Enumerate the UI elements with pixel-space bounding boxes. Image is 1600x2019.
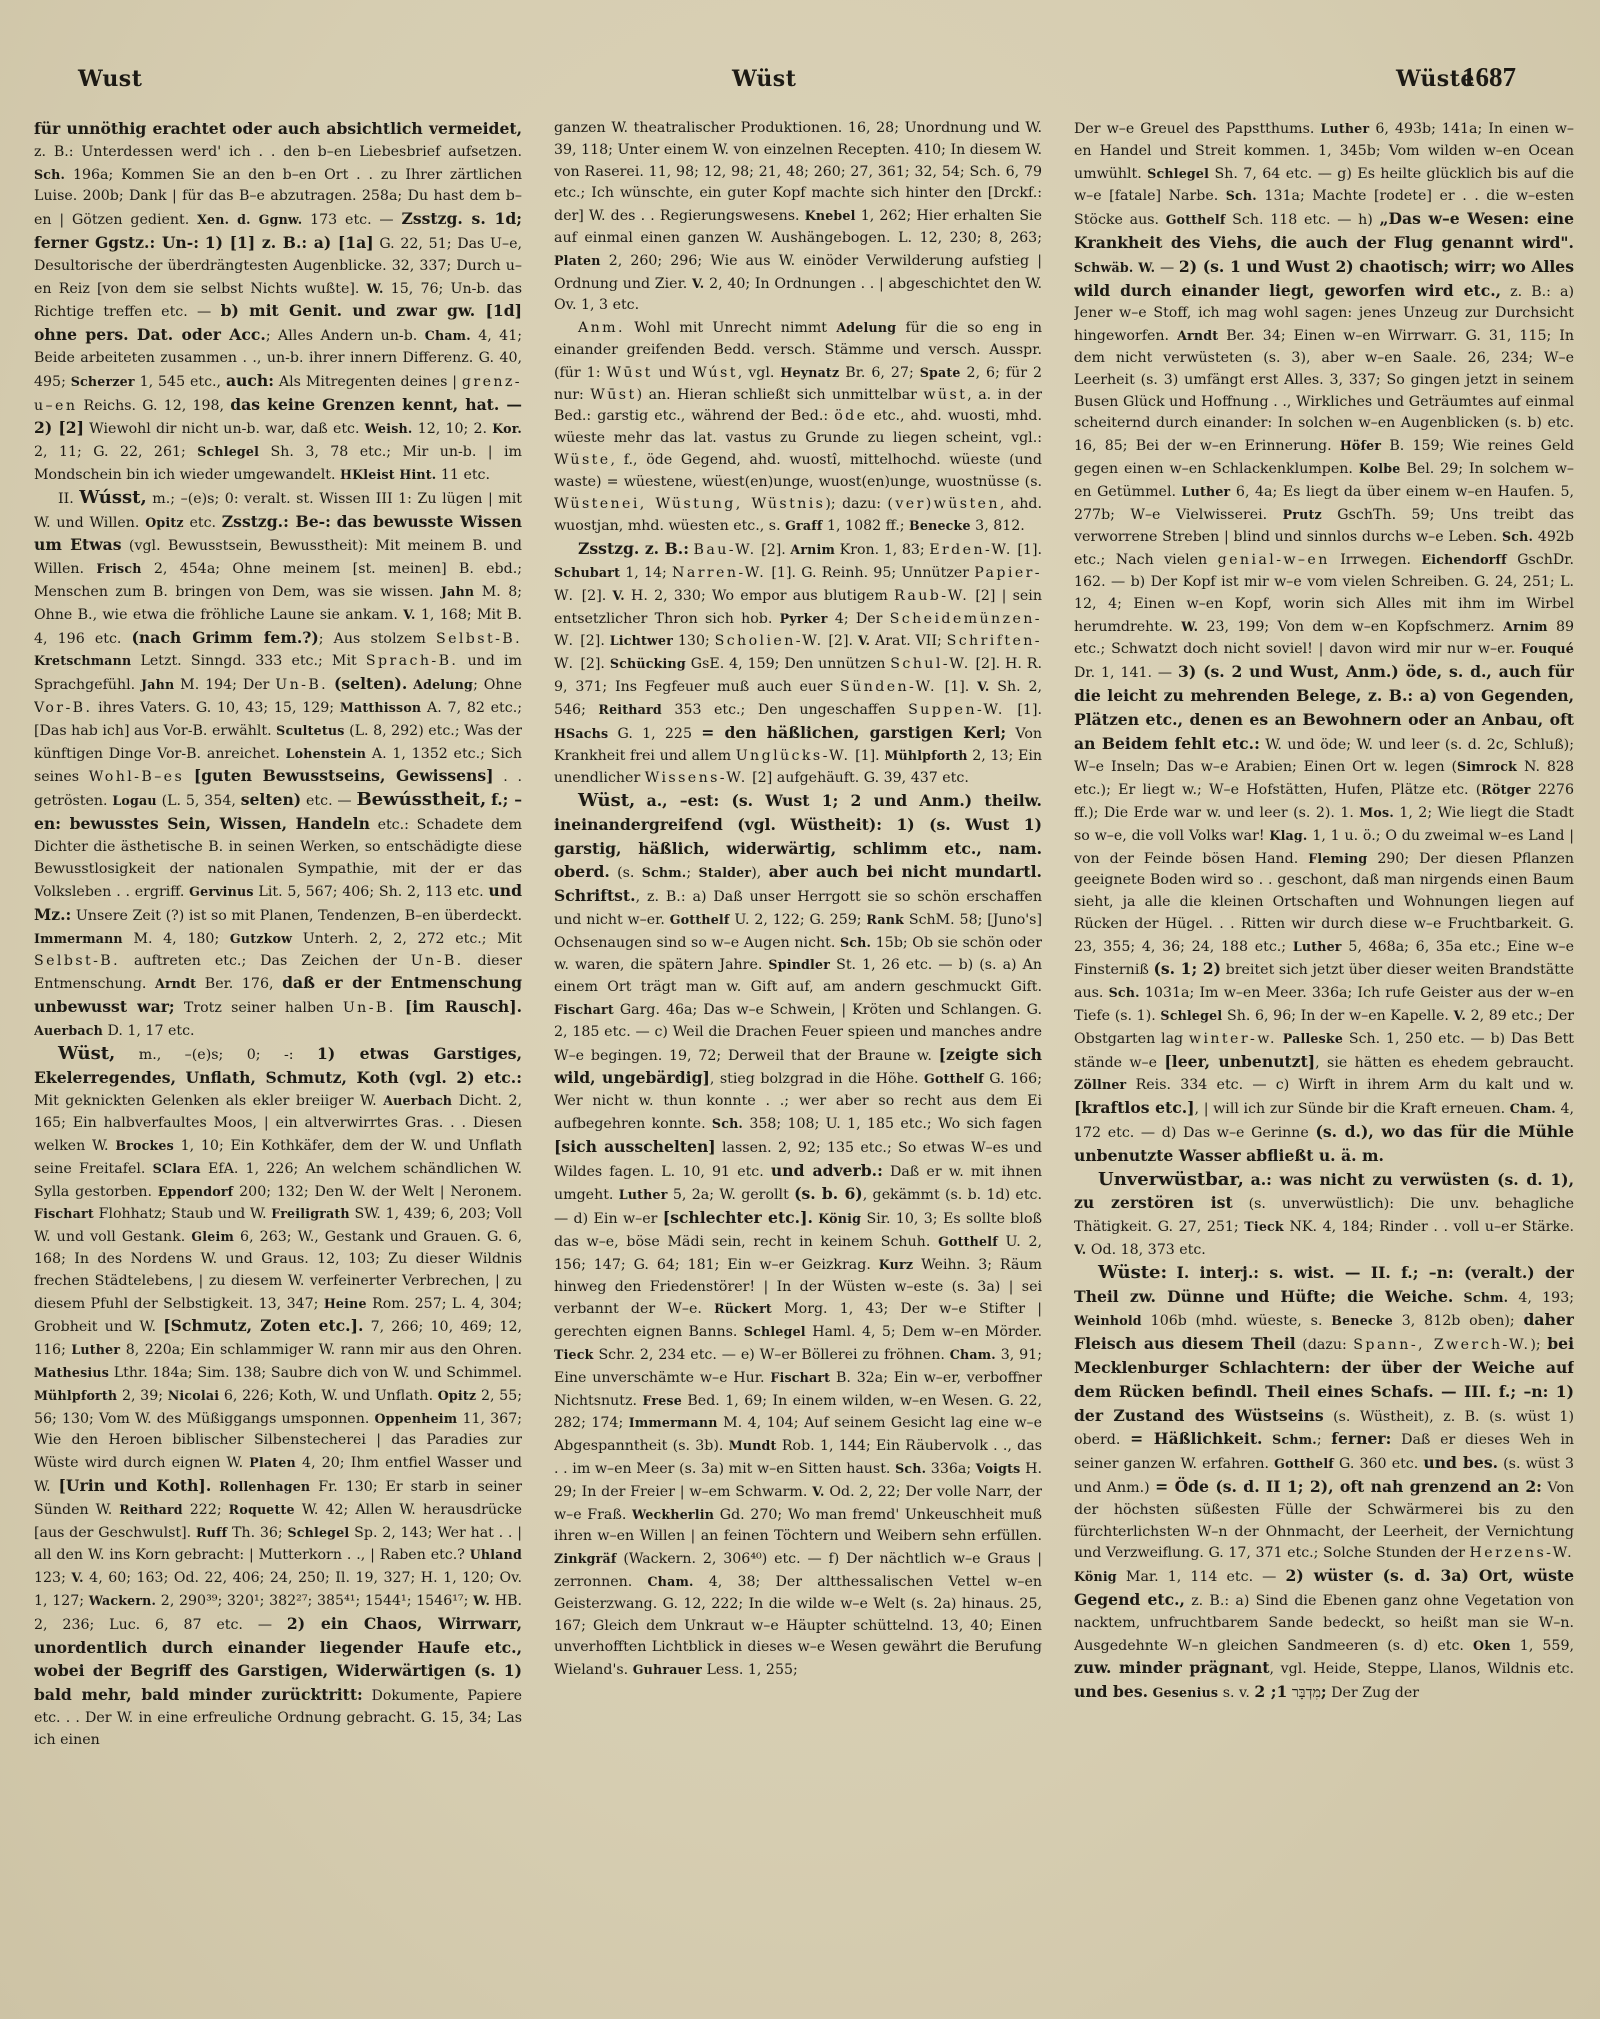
source-citation: Tieck xyxy=(554,1347,594,1362)
catchword-center: Wüst xyxy=(732,66,796,92)
column-1: für unnöthig erachtet oder auch absichtl… xyxy=(34,118,522,1978)
spaced-compound: winter-w. xyxy=(1189,1031,1277,1047)
body-text: ihres Vaters. G. 10, 43; 15, 129; xyxy=(92,700,339,716)
source-citation: König xyxy=(1074,1569,1117,1584)
body-text: [1]. G. Reinh. 95; Unnützer xyxy=(766,565,974,581)
emphasis-text: = den häßlichen, garstigen Kerl; xyxy=(701,723,1006,742)
body-text: 2, 290³⁹; 320¹; 382²⁷; 385⁴¹; 1544¹; 154… xyxy=(156,1593,473,1609)
emphasis-text: 1) [1] z. B.: a) [1a] xyxy=(205,233,374,252)
source-citation: Gleim xyxy=(191,1229,234,1244)
body-text: 23, 199; Von dem w–en Kopfschmerz. xyxy=(1198,619,1503,635)
source-citation: Mühlpforth xyxy=(34,1388,117,1403)
source-citation: W. xyxy=(1181,619,1198,634)
body-text: , f., öde Gegend, ahd. wuostî, mittelhoc… xyxy=(554,452,1042,490)
body-text: Mar. 1, 114 etc. — xyxy=(1117,1569,1286,1585)
emphasis-text: für unnöthig erachtet oder auch absichtl… xyxy=(34,119,522,138)
emphasis-text: [schlechter etc.]. xyxy=(663,1208,813,1227)
body-text: Wiewohl dir nicht un-b. war, daß etc. xyxy=(84,421,365,437)
body-text xyxy=(1167,1266,1176,1282)
source-citation: V. xyxy=(403,607,415,622)
source-citation: Fouqué xyxy=(1521,641,1574,656)
body-text xyxy=(211,1479,219,1495)
source-citation: Auerbach xyxy=(34,1023,103,1038)
source-citation: Lohenstein xyxy=(286,746,366,761)
source-citation: Heynatz xyxy=(780,365,839,380)
source-citation: Gotthelf xyxy=(938,1234,998,1249)
running-head: Wust Wüst Wüste 1687 xyxy=(0,66,1600,106)
source-citation: Fleming xyxy=(1308,851,1367,866)
spaced-compound: Unglücks-W. xyxy=(736,748,851,764)
emphasis-text: zuw. minder prägnant xyxy=(1074,1658,1270,1677)
spaced-compound: Un-B. xyxy=(411,953,464,969)
source-citation: Scherzer xyxy=(71,374,135,389)
source-citation: Frese xyxy=(642,1393,681,1408)
source-citation: HSachs xyxy=(554,726,608,741)
emphasis-text: [guten Bewusstseins, Gewissens] xyxy=(194,766,494,785)
body-text: [1]. xyxy=(937,679,977,695)
spaced-compound: Anm. xyxy=(578,320,625,336)
body-text: Sh. 6, 96; In der w–en Kapelle. xyxy=(1222,1008,1453,1024)
source-citation: Schlegel xyxy=(744,1324,806,1339)
source-citation: Arnim xyxy=(1503,619,1548,634)
spaced-compound: Wüste xyxy=(554,452,611,468)
source-citation: Eichendorff xyxy=(1421,552,1506,567)
emphasis-text: selten) xyxy=(241,790,301,809)
spaced-compound: Narren-W. xyxy=(672,565,766,581)
body-text: Flohhatz; Staub und W. xyxy=(94,1206,271,1222)
body-text xyxy=(1244,1173,1251,1189)
body-text: Haml. 4, 5; Dem w–en Mörder. xyxy=(806,1324,1042,1340)
source-citation: Luther xyxy=(1320,121,1369,136)
catchword-left: Wust xyxy=(78,66,142,92)
source-citation: Spate xyxy=(920,365,961,380)
source-citation: Oken xyxy=(1473,1638,1511,1653)
body-text: ; Aus stolzem xyxy=(319,631,436,647)
body-text xyxy=(635,794,646,810)
source-citation: Immermann xyxy=(34,931,123,946)
body-text: Ber. 176, xyxy=(196,976,282,992)
body-text: , sie hätten es ehedem gebraucht. xyxy=(1315,1055,1574,1071)
column-2: ganzen W. theatralischer Produktionen. 1… xyxy=(554,118,1042,1978)
source-citation: Opitz xyxy=(438,1388,477,1403)
source-citation: Schlegel xyxy=(197,444,259,459)
source-citation: Arndt xyxy=(1177,328,1218,343)
source-citation: Benecke xyxy=(909,518,971,533)
source-citation: Schm. xyxy=(642,865,687,880)
page-number: 1687 xyxy=(1462,62,1516,93)
source-citation: Gervinus xyxy=(189,884,254,899)
body-text: 200; 132; Den W. der Welt | Neronem. xyxy=(233,1184,522,1200)
body-text: und xyxy=(653,365,692,381)
source-citation: Auerbach xyxy=(383,1093,452,1108)
body-text: Od. 18, 373 etc. xyxy=(1086,1242,1205,1258)
body-text: ), xyxy=(751,865,768,881)
body-text: GsE. 4, 159; Den unnützen xyxy=(686,656,890,672)
body-text: , vgl. xyxy=(738,365,781,381)
emphasis-text: = Öde (s. d. II 1; 2), oft nah grenzend … xyxy=(1155,1477,1542,1496)
emphasis-text: [leer, unbenutzt] xyxy=(1164,1052,1315,1071)
headword: Unverwüstbar, xyxy=(1098,1169,1244,1190)
emphasis-text: [sich ausschelten] xyxy=(554,1137,716,1156)
source-citation: Fischart xyxy=(770,1370,830,1385)
source-citation: Luther xyxy=(1182,484,1231,499)
emphasis-text: = Häßlichkeit. xyxy=(1130,1429,1262,1448)
body-text: Less. 1, 255; xyxy=(702,1662,798,1678)
headword: Wüste: xyxy=(1098,1262,1167,1283)
body-text: 336a; xyxy=(926,1461,976,1477)
body-text: 3, 812b oben); xyxy=(1393,1313,1524,1329)
emphasis-text: [Schmutz, Zoten etc.]. xyxy=(163,1316,363,1335)
source-citation: Matthisson xyxy=(340,700,421,715)
source-citation: Luther xyxy=(1293,939,1342,954)
body-text: 1, 1082 ff.; xyxy=(822,518,909,534)
source-citation: V. xyxy=(977,679,989,694)
emphasis-text: Zsstzg. z. B.: xyxy=(578,539,689,558)
source-citation: Rollenhagen xyxy=(219,1479,310,1494)
source-citation: Fischart xyxy=(34,1206,94,1221)
source-citation: Weinhold xyxy=(1074,1313,1142,1328)
source-citation: Klag. xyxy=(1269,828,1307,843)
spaced-compound: Vor-B. xyxy=(34,700,92,716)
source-citation: Voigts xyxy=(976,1461,1021,1476)
body-text: [2]. xyxy=(824,633,858,649)
source-citation: Uhland xyxy=(470,1547,522,1562)
source-citation: Stalder xyxy=(699,865,752,880)
dictionary-page: Wust Wüst Wüste 1687 für unnöthig eracht… xyxy=(0,0,1600,2019)
dictionary-entry-paragraph: Zsstzg. z. B.: Bau-W. [2]. Arnim Kron. 1… xyxy=(554,538,1042,790)
source-citation: Gotthelf xyxy=(1274,1456,1334,1471)
emphasis-text: Zsstzg.: Be-: xyxy=(222,512,331,531)
body-text: G. 360 etc. xyxy=(1334,1456,1423,1472)
source-citation: Knebel xyxy=(805,208,856,223)
body-text: , vgl. Heide, Steppe, Llanos, Wildnis et… xyxy=(1270,1661,1575,1677)
body-text xyxy=(184,769,194,785)
body-text: ) an. Hieran schließt sich unmittelbar xyxy=(637,387,924,403)
body-text: Reis. 334 etc. — c) Wirft in ihrem Arm d… xyxy=(1126,1077,1574,1093)
source-citation: Benecke xyxy=(1331,1313,1393,1328)
body-text: Ber. 34; Einen w–en Wirrwarr. G. 31, 115… xyxy=(1074,328,1574,454)
source-citation: Zinkgräf xyxy=(554,1551,616,1566)
source-citation: Gotthelf xyxy=(1166,212,1226,227)
dictionary-entry-paragraph: Wüst, a., –est: (s. Wust 1; 2 und Anm.) … xyxy=(554,790,1042,1682)
source-citation: Jahn xyxy=(441,584,474,599)
dictionary-entry-paragraph: II. Wússt, m.; –(e)s; 0: veralt. st. Wis… xyxy=(34,487,522,1043)
source-citation: Schlegel xyxy=(287,1525,349,1540)
source-citation: Reithard xyxy=(598,702,661,717)
source-citation: Nicolai xyxy=(168,1388,220,1403)
spaced-compound: Selbst-B. xyxy=(436,631,522,647)
source-citation: V. xyxy=(858,633,870,648)
body-text: 5, 2a; W. gerollt xyxy=(668,1187,795,1203)
body-text: Trotz seiner halben xyxy=(175,1000,343,1016)
spaced-compound: Erden-W. xyxy=(929,542,1013,558)
spaced-compound: Un-B. xyxy=(275,677,328,693)
source-citation: Zöllner xyxy=(1074,1077,1126,1092)
source-citation: Prutz xyxy=(1283,507,1322,522)
source-citation: Schm. xyxy=(1272,1432,1317,1447)
source-citation: Adelung xyxy=(836,320,896,335)
source-citation: Gotthelf xyxy=(670,912,730,927)
spaced-compound: Schul-W. xyxy=(890,656,970,672)
body-text: M. 194; Der xyxy=(174,677,275,693)
body-text: 4; Der xyxy=(828,611,890,627)
body-text: Arat. VII; xyxy=(870,633,946,649)
body-text: Lthr. 184a; Sim. 138; Saubre dich von W.… xyxy=(109,1365,522,1381)
spaced-compound: Herzens-W. xyxy=(1470,1545,1574,1561)
spaced-compound: Wüstenei, Wüstung, Wüstnis xyxy=(554,496,825,512)
body-text: 130; xyxy=(673,633,715,649)
spaced-compound: Wūst xyxy=(606,365,652,381)
spaced-compound: Sünden-W. xyxy=(840,679,937,695)
source-citation: Wackern. xyxy=(89,1593,156,1608)
source-citation: Platen xyxy=(554,253,601,268)
body-text: Unsere Zeit (?) ist so mit Planen, Tende… xyxy=(71,908,522,924)
source-citation: Xen. d. Ggnw. xyxy=(197,212,302,227)
source-citation: Schlegel xyxy=(1160,1008,1222,1023)
source-citation: Gotthelf xyxy=(924,1071,984,1086)
body-text: Sch. 118 etc. — h) xyxy=(1225,212,1379,228)
source-citation: Palleske xyxy=(1283,1031,1343,1046)
source-citation: Opitz xyxy=(145,515,184,530)
spaced-compound: Wúst xyxy=(692,365,738,381)
body-text: H. 2, 330; Wo empor aus blutigem xyxy=(625,588,894,604)
body-text: 11 etc. xyxy=(436,467,490,483)
source-citation: Sch. xyxy=(712,1116,743,1131)
source-citation: W. xyxy=(367,281,384,296)
source-citation: Mos. xyxy=(1359,805,1394,820)
source-citation: Sch. xyxy=(1502,529,1533,544)
emphasis-text: (s. b. 6) xyxy=(794,1184,863,1203)
source-citation: Gesenius xyxy=(1153,1685,1219,1700)
source-citation: Schm. xyxy=(1464,1290,1509,1305)
body-text: M. 4, 180; xyxy=(123,931,230,947)
body-text: etc. xyxy=(184,515,222,531)
body-text: 8, 220a; Ein schlammiger W. rann mir aus… xyxy=(120,1342,522,1358)
source-citation: V. xyxy=(1454,1008,1466,1023)
dictionary-entry-paragraph: Wüst, m., –(e)s; 0; -: 1) etwas Garstige… xyxy=(34,1043,522,1752)
body-text: 358; 108; U. 1, 185 etc.; Wo sich fagen xyxy=(743,1116,1042,1132)
body-text: (L. 5, 354, xyxy=(157,793,241,809)
source-citation: Schücking xyxy=(610,656,686,671)
source-citation: Sch. xyxy=(34,167,65,182)
source-citation: V. xyxy=(71,1570,83,1585)
body-text xyxy=(1262,1432,1272,1448)
emphasis-text: auch: xyxy=(226,371,274,390)
body-text: ); dazu: xyxy=(825,496,887,512)
emphasis-text: und bes. xyxy=(1423,1453,1498,1472)
body-text: 4, 193; xyxy=(1508,1290,1574,1306)
emphasis-text: (nach Grimm fem.?) xyxy=(132,628,319,647)
source-citation: Eppendorf xyxy=(158,1184,233,1199)
source-citation: Logau xyxy=(112,793,156,808)
body-text: 3, 812. xyxy=(971,518,1025,534)
body-text: [1]. xyxy=(850,748,884,764)
dictionary-entry-paragraph: für unnöthig erachtet oder auch absichtl… xyxy=(34,118,522,487)
emphasis-text: ferner: xyxy=(1331,1429,1391,1448)
spaced-compound: Suppen-W. xyxy=(908,702,1005,718)
body-text: ; xyxy=(686,865,698,881)
source-citation: Weckherlin xyxy=(632,1507,714,1522)
body-text: 106b (mhd. wüeste, s. xyxy=(1142,1313,1331,1329)
body-text: Unterh. 2, 2, 272 etc.; Mit xyxy=(292,931,522,947)
emphasis-text: (s. 1; 2) xyxy=(1153,959,1221,978)
spaced-compound: Spann-, Zwerch-W. xyxy=(1353,1337,1530,1353)
body-text: 1, 14; xyxy=(620,565,672,581)
source-citation: V. xyxy=(612,588,624,603)
body-text: Mit geknickten Gelenken als ekler breiig… xyxy=(34,1093,383,1109)
dictionary-entry-paragraph: Unverwüstbar, a.: was nicht zu verwüsten… xyxy=(1074,1169,1574,1262)
body-text: ; Ohne xyxy=(473,677,522,693)
source-citation: Fischart xyxy=(554,1002,614,1017)
body-text: etc. — xyxy=(301,793,356,809)
body-text: 12, 10; 2. xyxy=(412,421,492,437)
body-text: Br. 6, 27; xyxy=(839,365,919,381)
source-citation: Höfer xyxy=(1340,438,1381,453)
body-text: ); xyxy=(1530,1337,1547,1353)
body-text: Als Mitregenten deines | xyxy=(274,374,462,390)
body-text: [1]. xyxy=(1005,702,1042,718)
source-citation: Scultetus xyxy=(276,723,344,738)
source-citation: Schlegel xyxy=(1147,166,1209,181)
source-citation: Arnim xyxy=(790,542,835,557)
source-citation: Schubart xyxy=(554,565,620,580)
body-text: [2]. xyxy=(757,542,791,558)
headword: Wüst, xyxy=(58,1043,115,1064)
spaced-compound: Un-B. xyxy=(343,1000,396,1016)
source-citation: Cham. xyxy=(648,1574,694,1589)
headword: Bewússtheit, xyxy=(356,789,486,810)
body-text: II. xyxy=(58,491,79,507)
source-citation: Ruff xyxy=(196,1525,227,1540)
body-text: 123; xyxy=(34,1570,71,1586)
spaced-compound: Bau-W. xyxy=(694,542,757,558)
source-citation: Rank xyxy=(866,912,904,927)
body-text: , | will ich zur Sünde bir die Kraft ern… xyxy=(1195,1101,1510,1117)
source-citation: Frisch xyxy=(96,561,141,576)
source-citation: König xyxy=(818,1211,861,1226)
body-text: Dr. 1, 141. — xyxy=(1074,665,1178,681)
source-citation: HKleist Hint. xyxy=(340,467,436,482)
spaced-compound: genial-w–en xyxy=(1218,552,1330,568)
spaced-compound: Wohl-B–es xyxy=(89,769,184,785)
source-citation: Roquette xyxy=(229,1502,295,1517)
source-citation: Sch. xyxy=(1226,188,1257,203)
body-text: Letzt. Sinngd. 333 etc.; Mit xyxy=(131,653,366,669)
source-citation: V. xyxy=(812,1484,824,1499)
body-text: Irrwegen. xyxy=(1330,552,1422,568)
source-citation: Tieck xyxy=(1244,1219,1284,1234)
spaced-compound: (ver)wüsten xyxy=(887,496,999,512)
body-text: ; Alles Andern un-b. xyxy=(266,328,425,344)
body-text: (s. xyxy=(610,865,642,881)
emphasis-text: [im Rausch]. xyxy=(405,997,522,1016)
source-citation: Arndt xyxy=(155,976,196,991)
source-citation: Cham. xyxy=(950,1347,996,1362)
source-citation: Cham. xyxy=(425,328,471,343)
body-text: D. 1, 17 etc. xyxy=(103,1023,195,1039)
emphasis-text: [kraftlos etc.] xyxy=(1074,1098,1195,1117)
headword: Wússt, xyxy=(79,487,146,508)
body-text: 222; xyxy=(183,1502,229,1518)
dictionary-entry-paragraph: Der w–e Greuel des Papstthums. Luther 6,… xyxy=(1074,118,1574,1169)
source-citation: Graff xyxy=(785,518,822,533)
source-citation: Oppenheim xyxy=(374,1411,457,1426)
spaced-compound: Wūst xyxy=(590,387,636,403)
source-citation: Spindler xyxy=(768,957,830,972)
body-text: 6, 226; Koth, W. und Unflath. xyxy=(219,1388,438,1404)
source-citation: Schwäb. W. xyxy=(1074,260,1155,275)
spaced-compound: Raub-W. xyxy=(894,588,969,604)
source-citation: Luther xyxy=(71,1342,120,1357)
source-citation: Gutzkow xyxy=(230,931,292,946)
source-citation: Kurz xyxy=(879,1257,913,1272)
body-text: m., –(e)s; 0; -: xyxy=(115,1047,317,1063)
body-text xyxy=(396,1000,405,1016)
emphasis-text: und adverb.: xyxy=(771,1161,883,1180)
spaced-compound: wüst xyxy=(923,387,967,403)
source-citation: Jahn xyxy=(141,677,174,692)
source-citation: Luther xyxy=(619,1187,668,1202)
emphasis-text: (selten). xyxy=(334,674,407,693)
body-text: 2, 11; G. 22, 261; xyxy=(34,444,197,460)
body-text: Reichs. G. 12, 198, xyxy=(77,398,230,414)
dictionary-entry-paragraph: Anm. Wohl mit Unrecht nimmt Adelung für … xyxy=(554,317,1042,538)
body-text: Der w–e Greuel des Papstthums. xyxy=(1074,121,1320,137)
column-3: Der w–e Greuel des Papstthums. Luther 6,… xyxy=(1074,118,1574,1978)
body-text: ; xyxy=(1317,1432,1331,1448)
body-text: [2]. xyxy=(575,633,609,649)
body-text: z. B.: Unterdessen werd' ich . . den b–e… xyxy=(34,144,522,160)
body-text: 353 etc.; Den ungeschaffen xyxy=(662,702,908,718)
source-citation: Brockes xyxy=(115,1138,174,1153)
dictionary-entry-paragraph: Wüste: I. interj.: s. wist. — II. f.; –n… xyxy=(1074,1262,1574,1705)
body-text: U. 2, 122; G. 259; xyxy=(730,912,867,928)
source-citation: Reithard xyxy=(119,1502,182,1517)
body-text: [2]. xyxy=(575,656,609,672)
body-text: 1, 559, xyxy=(1511,1638,1574,1654)
source-citation: V. xyxy=(1074,1242,1086,1257)
source-citation: Heine xyxy=(324,1296,367,1311)
body-text: Kron. 1, 83; xyxy=(835,542,929,558)
source-citation: V. xyxy=(692,276,704,291)
body-text: [1]. xyxy=(1013,542,1042,558)
source-citation: Sch. xyxy=(1109,985,1140,1000)
source-citation: Freiligrath xyxy=(271,1206,350,1221)
spaced-compound: öde xyxy=(834,408,867,424)
source-citation: Pyrker xyxy=(780,611,828,626)
emphasis-text: [Urin und Koth]. xyxy=(59,1476,212,1495)
source-citation: Guhrauer xyxy=(633,1662,702,1677)
body-text: 173 etc. — xyxy=(302,212,401,228)
source-citation: Mundt xyxy=(729,1438,777,1453)
source-citation: Weish. xyxy=(365,421,413,436)
spaced-compound: Selbst-B. xyxy=(34,953,120,969)
source-citation: Simrock xyxy=(1457,759,1517,774)
source-citation: Cham. xyxy=(1510,1101,1556,1116)
spaced-compound: Wissens-W. xyxy=(645,770,748,786)
body-text: 1, 545 etc., xyxy=(135,374,226,390)
source-citation: Kretschmann xyxy=(34,653,131,668)
source-citation: Rötger xyxy=(1481,782,1530,797)
body-text: — xyxy=(1155,260,1179,276)
source-citation: Kolbe xyxy=(1359,461,1401,476)
body-text: [2] aufgehäuft. G. 39, 437 etc. xyxy=(748,770,969,786)
body-text: Wohl mit Unrecht nimmt xyxy=(625,320,836,336)
source-citation: Immermann xyxy=(629,1415,718,1430)
dictionary-entry-paragraph: ganzen W. theatralischer Produktionen. 1… xyxy=(554,118,1042,317)
body-text: Lit. 5, 567; 406; Sh. 2, 113 etc. xyxy=(254,884,489,900)
body-text: auftreten etc.; Das Zeichen der xyxy=(120,953,411,969)
